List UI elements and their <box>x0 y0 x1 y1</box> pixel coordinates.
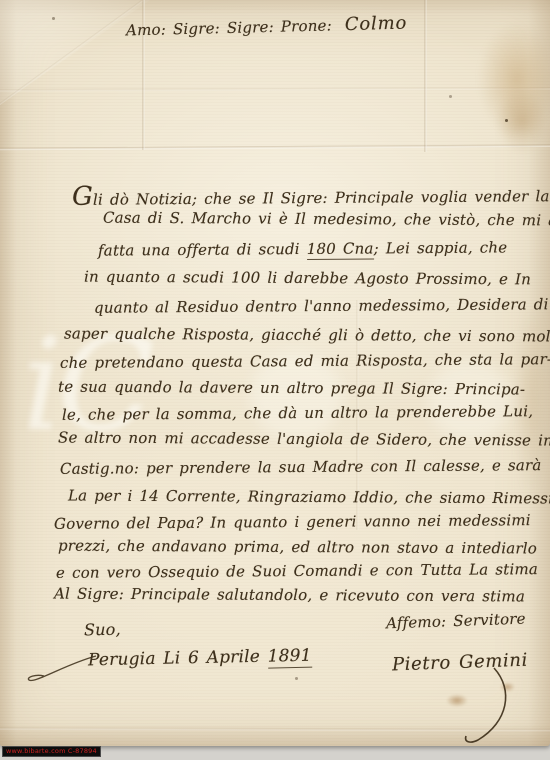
closing-suo: Suo, <box>84 620 121 640</box>
valediction: Affemo: Servitore <box>386 610 526 633</box>
handwritten-line: prezzi, che andavano prima, ed altro non… <box>58 537 537 558</box>
handwritten-line: le, che per la somma, che dà un altro la… <box>62 402 533 424</box>
ink-speck-4 <box>295 677 298 680</box>
photo-credit-watermark: www.bibarte.com C-87894 <box>2 746 101 757</box>
letter-scan: iC Amo: Sigre: Sigre: Prone: Colmo Gli d… <box>0 0 550 760</box>
handwritten-line: saper qualche Risposta, giacché gli ò de… <box>64 324 550 345</box>
line-segment: fatta una offerta di scudi <box>98 240 307 260</box>
signature: Pietro Gemini <box>392 650 529 676</box>
letter-paper: iC Amo: Sigre: Sigre: Prone: Colmo Gli d… <box>0 0 550 746</box>
handwritten-line: te sua quando la davere un altro prega I… <box>58 378 525 399</box>
handwritten-line: Casa di S. Marcho vi è Il medesimo, che … <box>103 209 550 230</box>
year: 1891 <box>267 646 312 669</box>
fold-crease-horizontal-top <box>0 87 550 92</box>
handwritten-line: La per i 14 Corrente, Ringraziamo Iddio,… <box>68 486 550 507</box>
handwritten-line: e con vero Ossequio de Suoi Comandi e co… <box>56 560 538 582</box>
handwritten-line: che pretendano questa Casa ed mia Rispos… <box>60 350 550 372</box>
handwritten-line: Castig.no: per prendere la sua Madre con… <box>60 456 542 478</box>
fold-crease-horizontal-main <box>0 144 550 150</box>
ink-speck-3 <box>449 95 452 98</box>
stain-bottom-2 <box>500 682 515 692</box>
underlined-amount: 180 Cna <box>307 239 374 260</box>
stain-top-right-dark <box>496 90 548 152</box>
salutation-addressee: Colmo <box>339 13 408 36</box>
handwritten-line: quanto al Residuo dentro l'anno medessim… <box>94 295 549 317</box>
stain-bottom-1 <box>446 694 468 707</box>
ink-speck-1 <box>505 119 508 122</box>
handwritten-line: fatta una offerta di scudi 180 Cna; Lei … <box>98 238 507 259</box>
handwritten-line: Governo del Papa? In quanto i generi van… <box>54 511 531 533</box>
place-date-line: Perugia Li 6 Aprile 1891 <box>88 646 312 671</box>
place-date: Perugia Li 6 Aprile <box>88 647 268 671</box>
handwritten-line: in quanto a scudi 100 li darebbe Agosto … <box>84 268 531 289</box>
ink-speck-2 <box>52 17 55 20</box>
fold-crease-vertical-right <box>424 0 427 152</box>
fold-crease-horizontal-bottom <box>0 727 550 731</box>
handwritten-line: Se altro non mi accadesse l'angiola de S… <box>58 428 550 449</box>
watermark-blob-2 <box>428 360 512 440</box>
line-segment: ; Lei sappia, che <box>374 238 508 257</box>
salutation-titles: Amo: Sigre: Sigre: Prone: <box>126 16 332 39</box>
handwritten-line: Al Sigre: Principale salutandolo, e rice… <box>54 585 525 606</box>
handwritten-line: Gli dò Notizia; che se Il Sigre: Princip… <box>72 178 550 212</box>
salutation-line: Amo: Sigre: Sigre: Prone: Colmo <box>126 13 408 41</box>
